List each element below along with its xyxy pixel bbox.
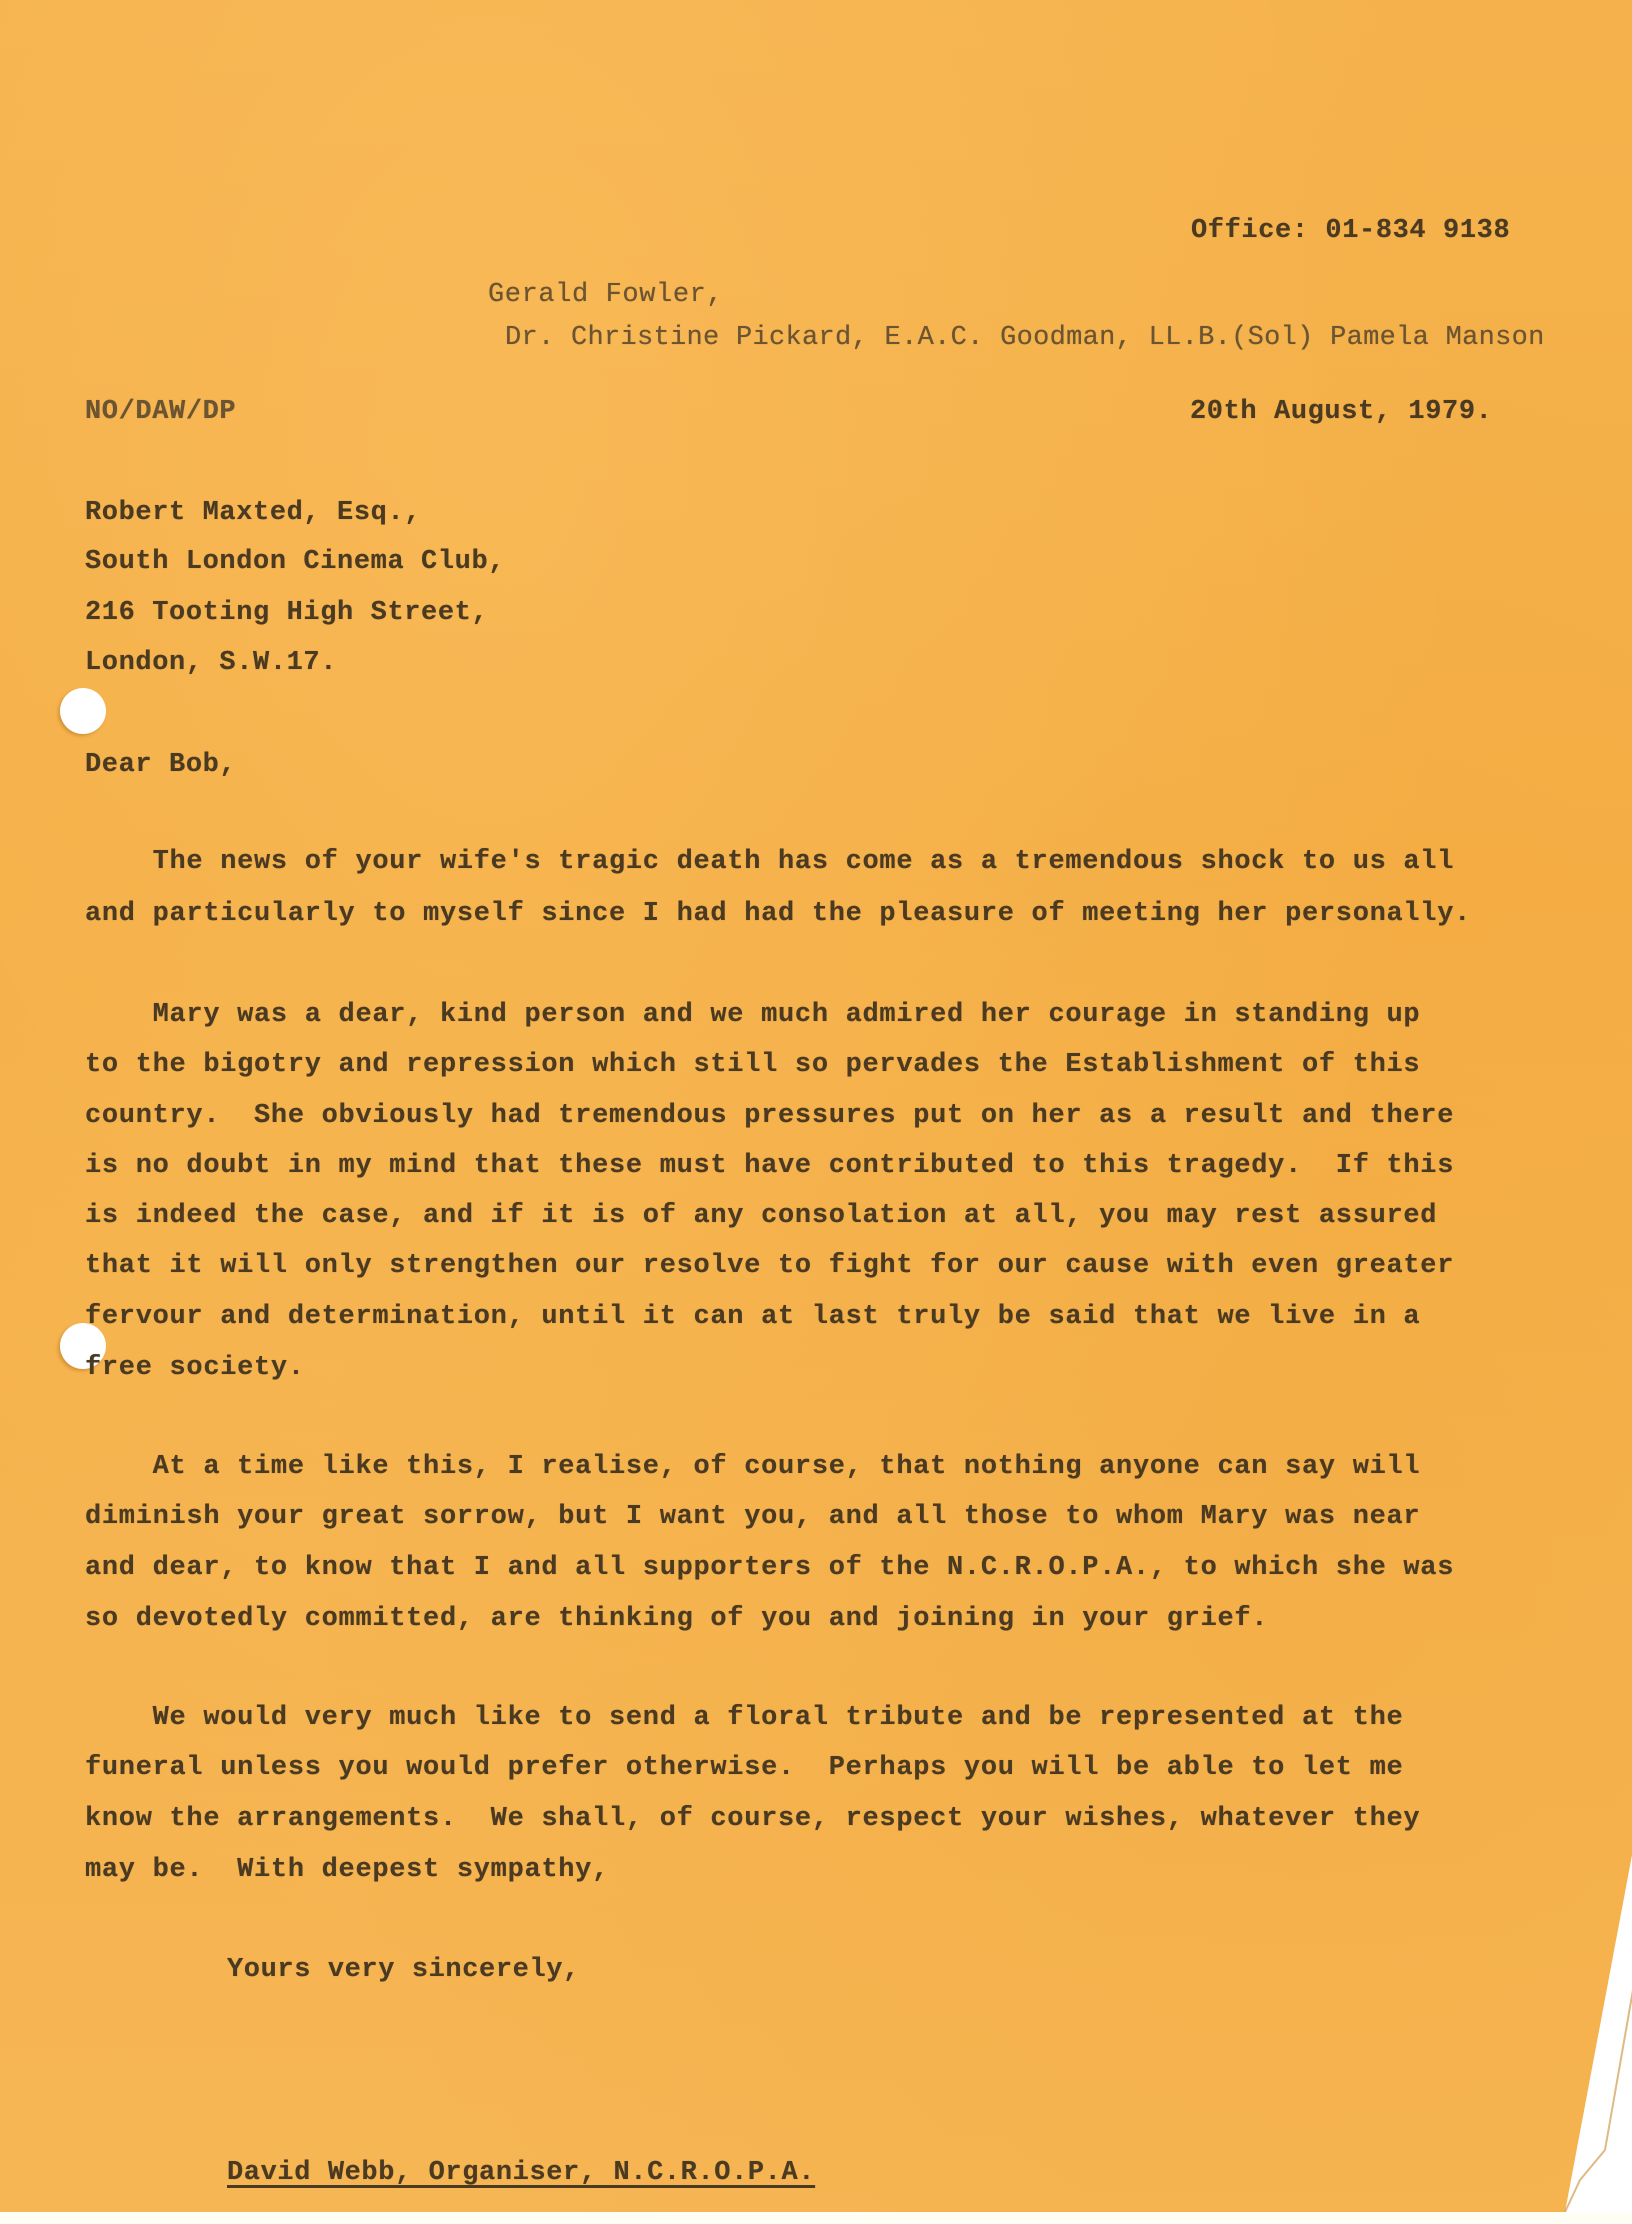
body-line: diminish your great sorrow, but I want y… <box>85 1502 1420 1532</box>
recipient-name: Robert Maxted, Esq., <box>85 498 421 528</box>
body-line: Mary was a dear, kind person and we much… <box>85 1000 1420 1030</box>
body-line: is no doubt in my mind that these must h… <box>85 1151 1454 1181</box>
recipient-street: 216 Tooting High Street, <box>85 598 488 628</box>
body-line: fervour and determination, until it can … <box>85 1302 1420 1332</box>
reference-code: NO/DAW/DP <box>85 397 236 427</box>
body-line: is indeed the case, and if it is of any … <box>85 1201 1437 1231</box>
salutation: Dear Bob, <box>85 750 236 780</box>
body-line: At a time like this, I realise, of cours… <box>85 1452 1420 1482</box>
body-line: know the arrangements. We shall, of cour… <box>85 1804 1420 1834</box>
punch-hole-top <box>60 688 106 734</box>
body-line: to the bigotry and repression which stil… <box>85 1050 1420 1080</box>
recipient-city: London, S.W.17. <box>85 648 337 678</box>
office-phone: Office: 01-834 9138 <box>1191 216 1510 246</box>
recipient-organisation: South London Cinema Club, <box>85 547 505 577</box>
signature: David Webb, Organiser, N.C.R.O.P.A. <box>227 2158 815 2188</box>
body-line: that it will only strengthen our resolve… <box>85 1251 1454 1281</box>
closing: Yours very sincerely, <box>227 1955 580 1985</box>
body-line: funeral unless you would prefer otherwis… <box>85 1753 1403 1783</box>
page-bottom-edge <box>0 2212 1632 2224</box>
body-line: free society. <box>85 1353 305 1383</box>
body-line: and dear, to know that I and all support… <box>85 1553 1454 1583</box>
letter-date: 20th August, 1979. <box>1190 397 1492 427</box>
body-line: country. She obviously had tremendous pr… <box>85 1101 1454 1131</box>
body-line: The news of your wife's tragic death has… <box>85 847 1454 877</box>
body-line: We would very much like to send a floral… <box>85 1703 1403 1733</box>
body-line: so devotedly committed, are thinking of … <box>85 1604 1268 1634</box>
patrons-line-2: Dr. Christine Pickard, E.A.C. Goodman, L… <box>505 323 1545 353</box>
body-line: and particularly to myself since I had h… <box>85 899 1471 929</box>
patrons-line-1: Gerald Fowler, <box>488 280 723 310</box>
body-line: may be. With deepest sympathy, <box>85 1855 609 1885</box>
